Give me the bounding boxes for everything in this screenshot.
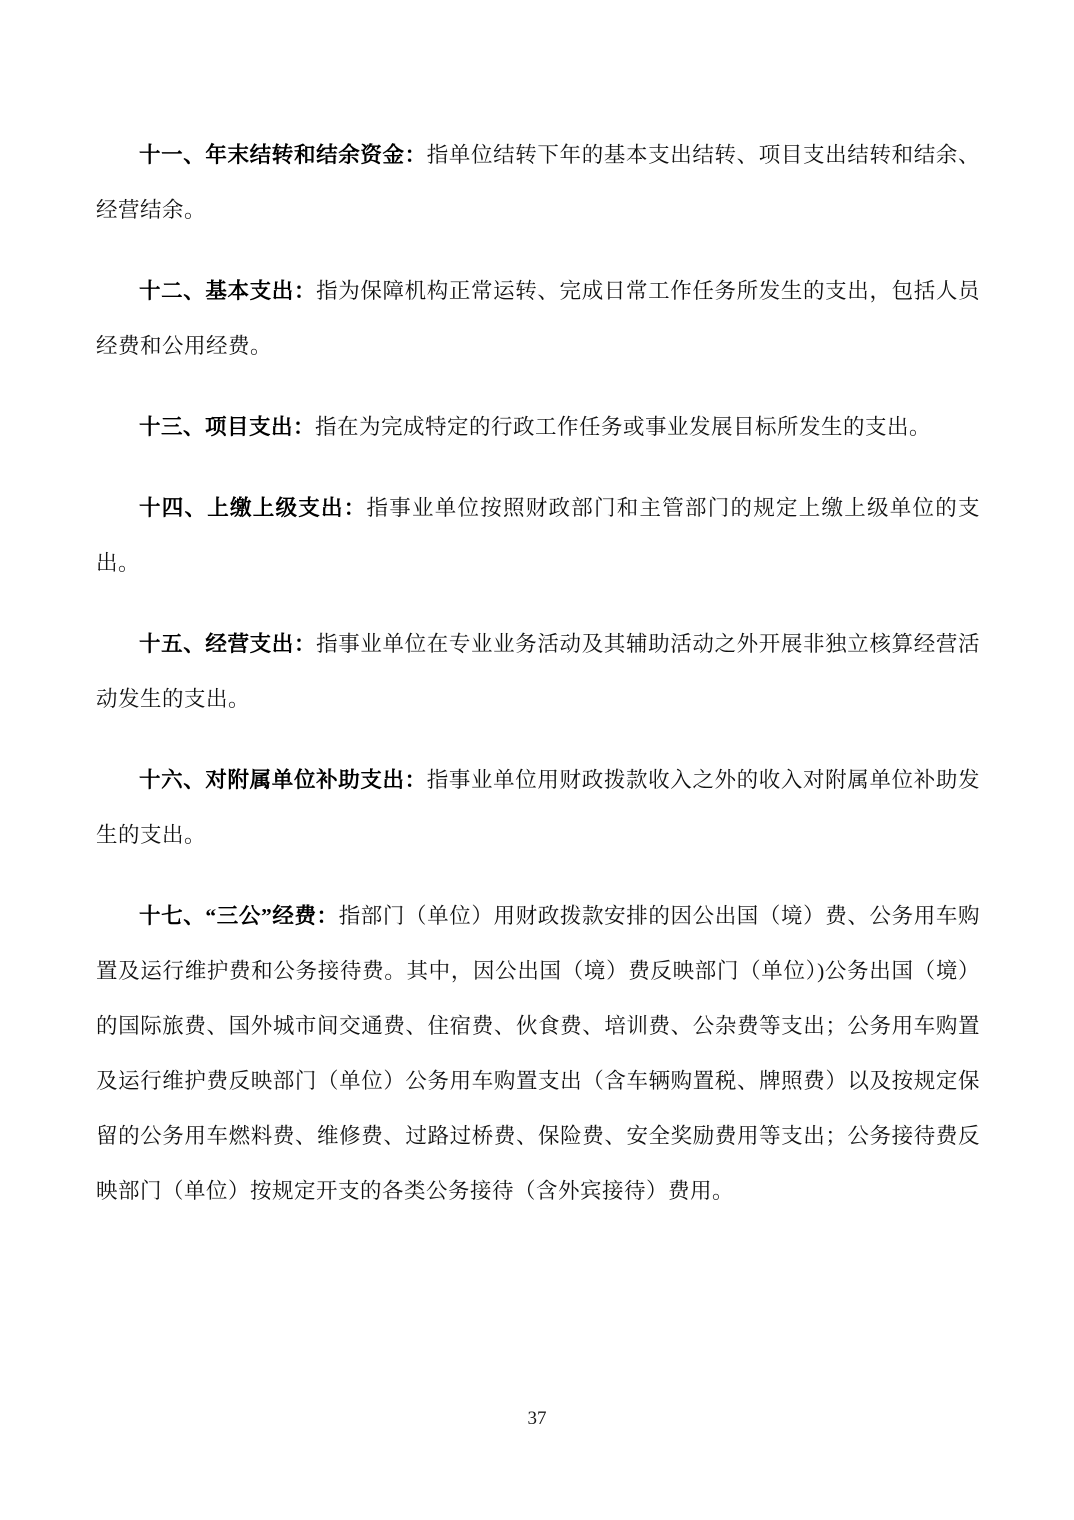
definition-paragraph: 十五、经营支出：指事业单位在专业业务活动及其辅助活动之外开展非独立核算经营活动发… (96, 617, 980, 727)
page-number: 37 (0, 1408, 1074, 1430)
document-body: 十一、年末结转和结余资金：指单位结转下年的基本支出结转、项目支出结转和结余、经营… (96, 128, 980, 1245)
definition-term: 十三、项目支出： (139, 415, 315, 439)
definition-paragraph: 十二、基本支出：指为保障机构正常运转、完成日常工作任务所发生的支出，包括人员经费… (96, 264, 980, 374)
definition-term: 十七、“三公”经费： (139, 904, 339, 928)
definition-paragraph: 十三、项目支出：指在为完成特定的行政工作任务或事业发展目标所发生的支出。 (96, 400, 980, 455)
definition-term: 十二、基本支出： (139, 279, 316, 303)
definition-paragraph: 十六、对附属单位补助支出：指事业单位用财政拨款收入之外的收入对附属单位补助发生的… (96, 753, 980, 863)
definition-text: 指在为完成特定的行政工作任务或事业发展目标所发生的支出。 (315, 415, 931, 439)
definition-paragraph: 十四、上缴上级支出：指事业单位按照财政部门和主管部门的规定上缴上级单位的支出。 (96, 481, 980, 591)
definition-term: 十五、经营支出： (139, 632, 316, 656)
definition-text: 指部门（单位）用财政拨款安排的因公出国（境）费、公务用车购置及运行维护费和公务接… (96, 904, 980, 1203)
definition-term: 十六、对附属单位补助支出： (139, 768, 427, 792)
definition-paragraph: 十一、年末结转和结余资金：指单位结转下年的基本支出结转、项目支出结转和结余、经营… (96, 128, 980, 238)
definition-paragraph: 十七、“三公”经费：指部门（单位）用财政拨款安排的因公出国（境）费、公务用车购置… (96, 889, 980, 1219)
definition-term: 十四、上缴上级支出： (139, 496, 367, 520)
document-page: 十一、年末结转和结余资金：指单位结转下年的基本支出结转、项目支出结转和结余、经营… (0, 0, 1074, 1520)
definition-term: 十一、年末结转和结余资金： (139, 143, 427, 167)
